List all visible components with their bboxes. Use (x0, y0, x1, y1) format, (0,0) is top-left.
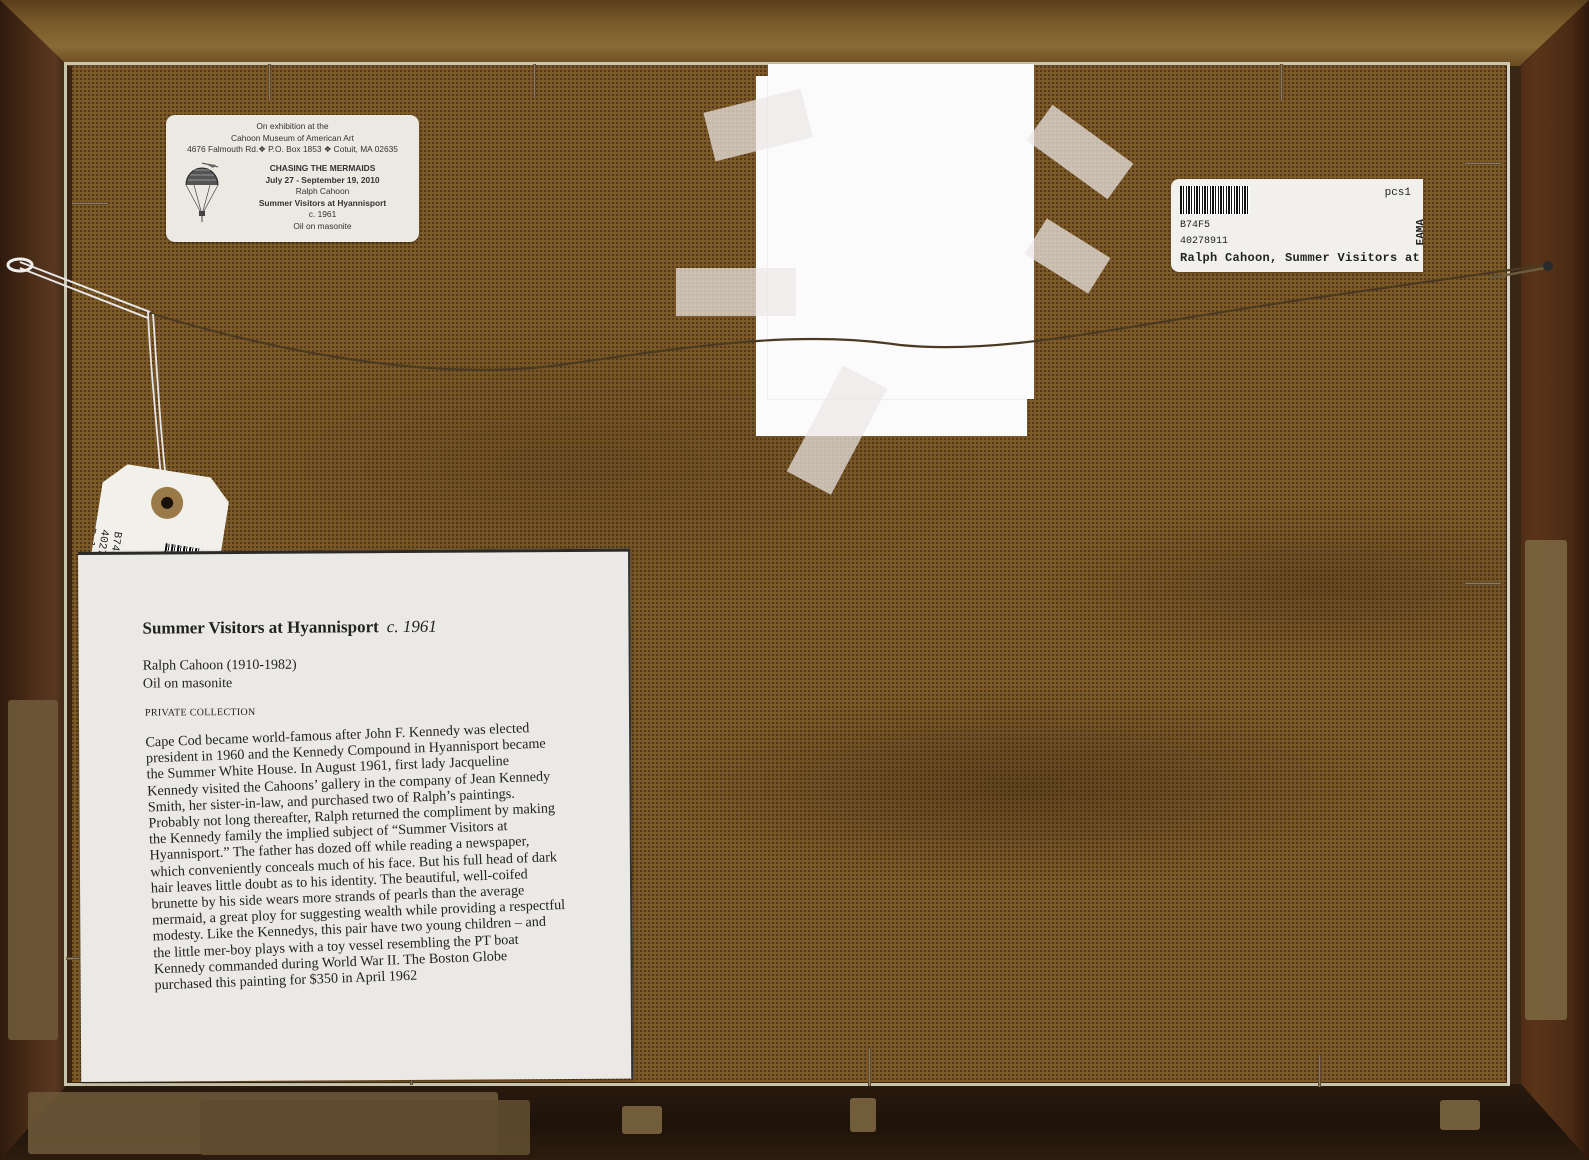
exhibition-title: CHASING THE MERMAIDS (226, 163, 419, 175)
frame-top-rail (0, 0, 1589, 66)
paper-residue (850, 1098, 876, 1132)
paper-residue (1440, 1100, 1480, 1130)
nail (1465, 162, 1501, 165)
exhibition-label: On exhibition at the Cahoon Museum of Am… (166, 115, 419, 242)
wall-label-artist: Ralph Cahoon (1910-1982) (143, 657, 297, 676)
barcode-icon (1180, 186, 1250, 214)
artwork-caption: Ralph Cahoon, Summer Visitors at Hyann (1180, 251, 1423, 265)
pieces-code: pcs1 (1385, 187, 1411, 199)
nail (1318, 1055, 1321, 1087)
museum-address: 4676 Falmouth Rd.❖ P.O. Box 1853 ❖ Cotui… (166, 144, 419, 156)
folded-paper-front (768, 64, 1034, 399)
exhibition-venue-intro: On exhibition at the (166, 121, 419, 133)
hot-air-balloon-icon (184, 161, 220, 223)
location-code: B74F5 (1180, 220, 1210, 231)
wall-label-card: Summer Visitors at Hyannisportc. 1961 Ra… (78, 549, 633, 1082)
nail (72, 202, 108, 205)
paper-residue (622, 1106, 662, 1134)
wall-label-artist-block: Ralph Cahoon (1910-1982) Oil on masonite (143, 657, 297, 694)
paper-residue (8, 700, 58, 1040)
artist-name: Ralph Cahoon (226, 186, 419, 198)
inventory-number: 40278911 (1180, 236, 1228, 247)
tape-strip (676, 268, 796, 316)
exhibition-dates: July 27 - September 19, 2010 (226, 175, 419, 187)
paper-residue (200, 1100, 530, 1155)
inventory-barcode-label: B74F5 40278911 pcs1 EAMA Ralph Cahoon, S… (1171, 179, 1423, 272)
work-title: Summer Visitors at Hyannisport (226, 198, 419, 210)
wall-label-medium: Oil on masonite (143, 675, 297, 694)
tag-eyelet (149, 485, 186, 522)
wall-label-title: Summer Visitors at Hyannisportc. 1961 (142, 617, 436, 639)
wall-label-description: Cape Cod became world-famous after John … (145, 719, 574, 994)
nail (1280, 64, 1283, 100)
vertical-code: EAMA (1415, 219, 1423, 245)
work-date: c. 1961 (226, 209, 419, 221)
nail (1465, 582, 1501, 585)
nail (533, 64, 536, 98)
wall-label-collection: PRIVATE COLLECTION (145, 707, 256, 719)
work-medium: Oil on masonite (226, 221, 419, 233)
nail (868, 1048, 871, 1086)
museum-name: Cahoon Museum of American Art (166, 133, 419, 145)
wall-label-date: c. 1961 (387, 617, 437, 636)
paper-residue (1525, 540, 1567, 1020)
nail (268, 64, 271, 100)
